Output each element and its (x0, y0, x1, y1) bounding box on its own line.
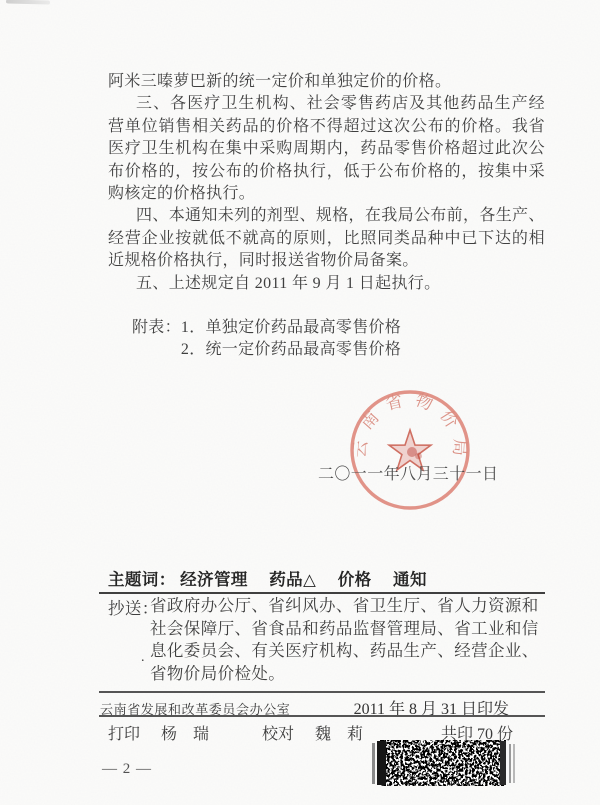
attachment-list: 附表： 1．单独定价药品最高零售价格 2．统一定价药品最高零售价格 (132, 317, 401, 362)
cc-list: 省政府办公厅、省纠风办、省卫生厅、省人力资源和 社会保障厅、省食品和药品监督管理… (150, 595, 548, 686)
cc-line: 省物价局价检处。 (150, 663, 548, 686)
subject-label: 主题词： (108, 570, 176, 589)
subject-keywords-row: 主题词： 经济管理 药品△ 价格 通知 (108, 566, 444, 590)
subject-keyword: 通知 (393, 570, 427, 589)
cc-line: 省政府办公厅、省纠风办、省卫生厅、省人力资源和 (150, 595, 548, 618)
divider (99, 715, 545, 717)
stray-dot-mark: . (141, 650, 145, 666)
cc-line: 息化委员会、有关医疗机构、药品生产、经营企业、 (150, 640, 548, 663)
attachment-items: 1．单独定价药品最高零售价格 2．统一定价药品最高零售价格 (181, 317, 401, 362)
cc-line: 社会保障厅、省食品和药品监督管理局、省工业和信 (150, 618, 548, 641)
divider (99, 691, 545, 693)
body-line: 阿米三嗪萝巴新的统一定价和单独定价的价格。 (108, 71, 545, 93)
body-line: 三、各医疗卫生机构、社会零售药店及其他药品生产经 (108, 93, 545, 115)
subject-keyword: 价格 (338, 570, 372, 589)
printer-name: 杨 瑞 (161, 721, 209, 744)
divider (99, 592, 545, 594)
body-line: 经营企业按就低不就高的原则，比照同类品种中已下达的相 (108, 228, 545, 250)
body-line: 营单位销售相关药品的价格不得超过这次公布的价格。我省 (108, 116, 545, 138)
barcode (372, 740, 518, 786)
body-line: 近规格价格执行，同时报送省物价局备案。 (108, 250, 545, 272)
attachment-item: 1．单独定价药品最高零售价格 (181, 317, 401, 339)
proofreader-name: 魏 莉 (315, 721, 363, 744)
page-number: — 2 — (102, 761, 152, 778)
proof-label: 校对 (262, 721, 294, 744)
attachment-item: 2．统一定价药品最高零售价格 (181, 339, 401, 361)
print-label: 打印 (108, 721, 140, 744)
body-line: 医疗卫生机构在集中采购周期内，药品零售价格超过此次公 (108, 138, 545, 160)
subject-keyword: 经济管理 (180, 570, 248, 589)
signature-date: 二〇一一年八月三十一日 (318, 461, 498, 484)
scanned-document-page: 阿米三嗪萝巴新的统一定价和单独定价的价格。 三、各医疗卫生机构、社会零售药店及其… (0, 0, 600, 805)
attachment-label: 附表： (132, 317, 181, 362)
body-line: 四、本通知未列的剂型、规格，在我局公布前，各生产、 (108, 205, 545, 227)
body-line: 购核定的价格执行。 (108, 183, 545, 205)
scan-smudge (6, 0, 50, 5)
official-seal-icon: 云南省物价局 (348, 388, 472, 512)
body-line: 布价格的，按公布的价格执行，低于公布价格的，按集中采 (108, 161, 545, 183)
document-body: 阿米三嗪萝巴新的统一定价和单独定价的价格。 三、各医疗卫生机构、社会零售药店及其… (108, 71, 545, 295)
body-line: 五、上述规定自 2011 年 9 月 1 日起执行。 (108, 273, 545, 295)
subject-keyword: 药品△ (269, 570, 316, 589)
